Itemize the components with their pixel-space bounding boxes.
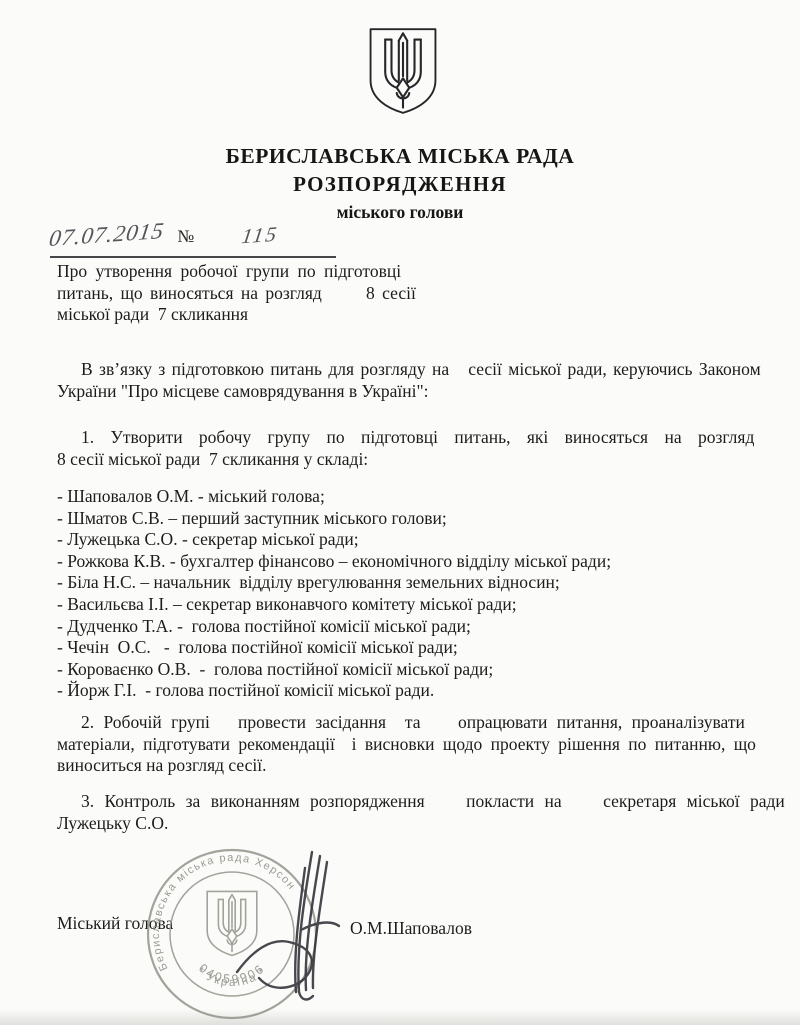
subject-line: міської ради 7 скликання bbox=[57, 304, 416, 326]
point-1-paragraph: 1. Утворити робочу групу по підготовці п… bbox=[57, 427, 772, 470]
doc-type: РОЗПОРЯДЖЕННЯ bbox=[0, 172, 800, 197]
number-sign: № bbox=[178, 226, 195, 247]
point-3-paragraph: 3. Контроль за виконанням розпорядження … bbox=[57, 791, 772, 834]
intro-line: В зв’язку з підготовкою питань для розгл… bbox=[57, 359, 772, 381]
handwritten-signature bbox=[215, 840, 350, 1012]
point-1-line: 8 сесії міської ради 7 скликання у склад… bbox=[57, 449, 772, 471]
member-list-item: - Біла Н.С. – начальник відділу врегулюв… bbox=[57, 572, 611, 594]
tryzub-emblem-icon bbox=[366, 26, 440, 116]
member-list-item: - Йорж Г.І. - голова постійної комісії м… bbox=[57, 680, 611, 702]
handwritten-number: 115 bbox=[240, 222, 280, 249]
member-list-item: - Короваєнко О.В. - голова постійної ком… bbox=[57, 659, 611, 681]
point-3-line: 3. Контроль за виконанням розпорядження … bbox=[57, 791, 772, 813]
document-header: БЕРИСЛАВСЬКА МІСЬКА РАДА РОЗПОРЯДЖЕННЯ м… bbox=[0, 144, 800, 223]
point-2-line: виноситься на розгляд сесії. bbox=[57, 755, 772, 777]
signatory-name: О.М.Шаповалов bbox=[350, 918, 472, 939]
point-2-line: 2. Робочій групі провести засідання та о… bbox=[57, 712, 772, 734]
member-list-item: - Шаповалов О.М. - міський голова; bbox=[57, 486, 611, 508]
subject-paragraph: Про утворення робочої групи по підготовц… bbox=[57, 261, 416, 326]
subject-line: питань, що виносяться на розгляд 8 сесії bbox=[57, 283, 416, 305]
member-list-item: - Васильєва І.І. – секретар виконавчого … bbox=[57, 594, 611, 616]
member-list-item: - Рожкова К.В. - бухгалтер фінансово – е… bbox=[57, 551, 611, 573]
point-1-line: 1. Утворити робочу групу по підготовці п… bbox=[57, 427, 772, 449]
handwritten-date: 07.07.2015 bbox=[47, 218, 166, 252]
point-2-paragraph: 2. Робочій групі провести засідання та о… bbox=[57, 712, 772, 777]
scanned-document-page: БЕРИСЛАВСЬКА МІСЬКА РАДА РОЗПОРЯДЖЕННЯ м… bbox=[0, 0, 800, 1025]
point-2-line: матеріали, підготувати рекомендації і ви… bbox=[57, 734, 772, 756]
doc-author: міського голови bbox=[0, 202, 800, 223]
scan-edge-shadow bbox=[0, 1009, 800, 1025]
member-list-item: - Шматов С.В. – перший заступник міськог… bbox=[57, 508, 611, 530]
date-number-row: 07.07.2015 № 115 bbox=[50, 222, 336, 258]
member-list-item: - Лужецька С.О. - секретар міської ради; bbox=[57, 529, 611, 551]
working-group-members-list: - Шаповалов О.М. - міський голова; - Шма… bbox=[57, 486, 611, 702]
org-name: БЕРИСЛАВСЬКА МІСЬКА РАДА bbox=[0, 144, 800, 169]
point-3-line: Лужецьку С.О. bbox=[57, 813, 772, 835]
subject-line: Про утворення робочої групи по підготовц… bbox=[57, 261, 416, 283]
intro-line: України "Про місцеве самоврядування в Ук… bbox=[57, 381, 772, 403]
member-list-item: - Чечін О.С. - голова постійної комісії … bbox=[57, 637, 611, 659]
member-list-item: - Дудченко Т.А. - голова постійної коміс… bbox=[57, 616, 611, 638]
intro-paragraph: В зв’язку з підготовкою питань для розгл… bbox=[57, 359, 772, 402]
